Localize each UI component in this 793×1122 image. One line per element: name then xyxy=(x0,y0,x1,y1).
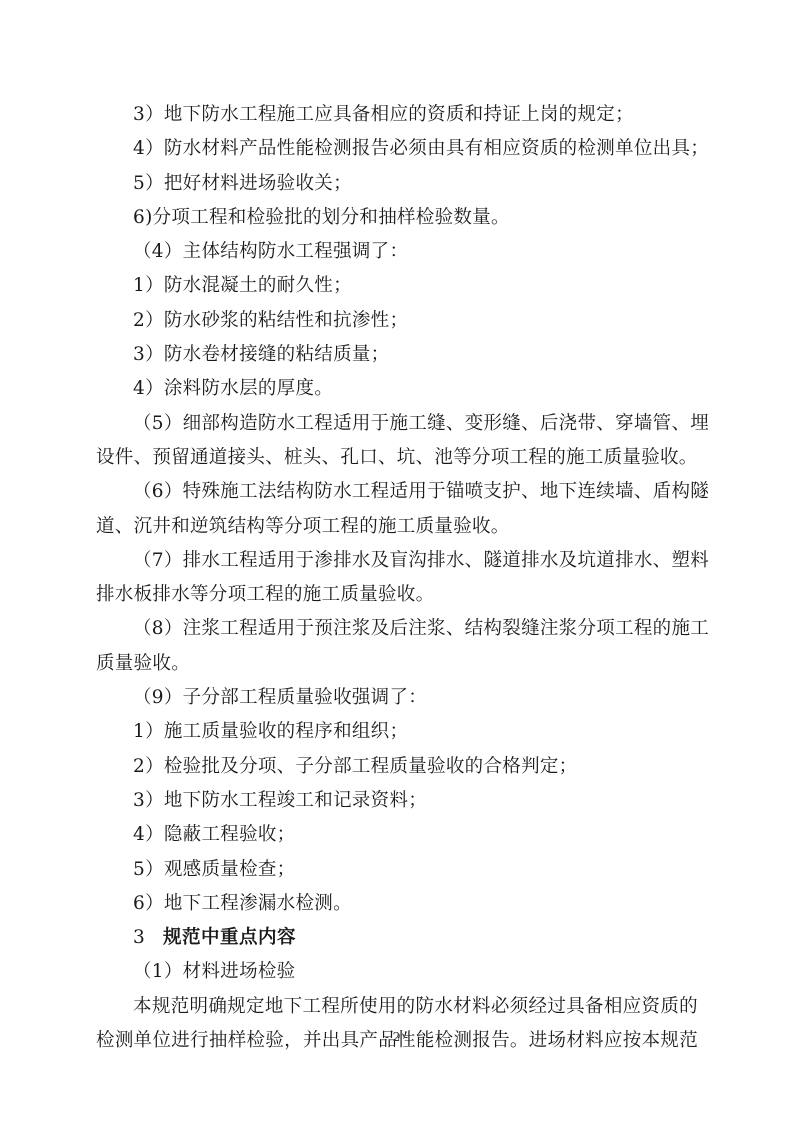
list-item: 1）防水混凝土的耐久性； xyxy=(96,269,698,303)
section-title: （4）主体结构防水工程强调了： xyxy=(96,235,698,269)
list-item: 3）地下防水工程施工应具备相应的资质和持证上岗的规定； xyxy=(96,98,698,132)
list-item: 2）防水砂浆的粘结性和抗渗性； xyxy=(96,304,698,338)
paragraph-line: 质量验收。 xyxy=(96,647,698,681)
heading-number: 3 xyxy=(133,921,163,955)
paragraph-line: 本规范明确规定地下工程所使用的防水材料必须经过具备相应资质的 xyxy=(96,990,698,1024)
list-item: 5）观感质量检查； xyxy=(96,853,698,887)
list-item: 6)分项工程和检验批的划分和抽样检验数量。 xyxy=(96,201,698,235)
paragraph-line: 道、沉井和逆筑结构等分项工程的施工质量验收。 xyxy=(96,510,698,544)
paragraph-line: （7）排水工程适用于渗排水及盲沟排水、隧道排水及坑道排水、塑料 xyxy=(96,544,698,578)
paragraph-line: 排水板排水等分项工程的施工质量验收。 xyxy=(96,578,698,612)
document-page: 3）地下防水工程施工应具备相应的资质和持证上岗的规定； 4）防水材料产品性能检测… xyxy=(96,98,698,1058)
subsection-title: （1）材料进场检验 xyxy=(96,955,698,989)
paragraph-line: （6）特殊施工法结构防水工程适用于锚喷支护、地下连续墙、盾构隧 xyxy=(96,475,698,509)
list-item: 6）地下工程渗漏水检测。 xyxy=(96,887,698,921)
paragraph-line: （5）细部构造防水工程适用于施工缝、变形缝、后浇带、穿墙管、埋 xyxy=(96,407,698,441)
section-heading: 3规范中重点内容 xyxy=(96,921,698,955)
list-item: 3）地下防水工程竣工和记录资料； xyxy=(96,784,698,818)
section-title: （9）子分部工程质量验收强调了： xyxy=(96,681,698,715)
list-item: 4）涂料防水层的厚度。 xyxy=(96,372,698,406)
heading-title: 规范中重点内容 xyxy=(163,927,296,948)
list-item: 4）防水材料产品性能检测报告必须由具有相应资质的检测单位出具； xyxy=(96,132,698,166)
list-item: 3）防水卷材接缝的粘结质量； xyxy=(96,338,698,372)
paragraph-line: （8）注浆工程适用于预注浆及后注浆、结构裂缝注浆分项工程的施工 xyxy=(96,612,698,646)
list-item: 2）检验批及分项、子分部工程质量验收的合格判定； xyxy=(96,750,698,784)
paragraph-line: 设件、预留通道接头、桩头、孔口、坑、池等分项工程的施工质量验收。 xyxy=(96,441,698,475)
list-item: 4）隐蔽工程验收； xyxy=(96,818,698,852)
list-item: 5）把好材料进场验收关； xyxy=(96,167,698,201)
list-item: 1）施工质量验收的程序和组织； xyxy=(96,715,698,749)
page-number: - 2 - xyxy=(0,1030,793,1044)
